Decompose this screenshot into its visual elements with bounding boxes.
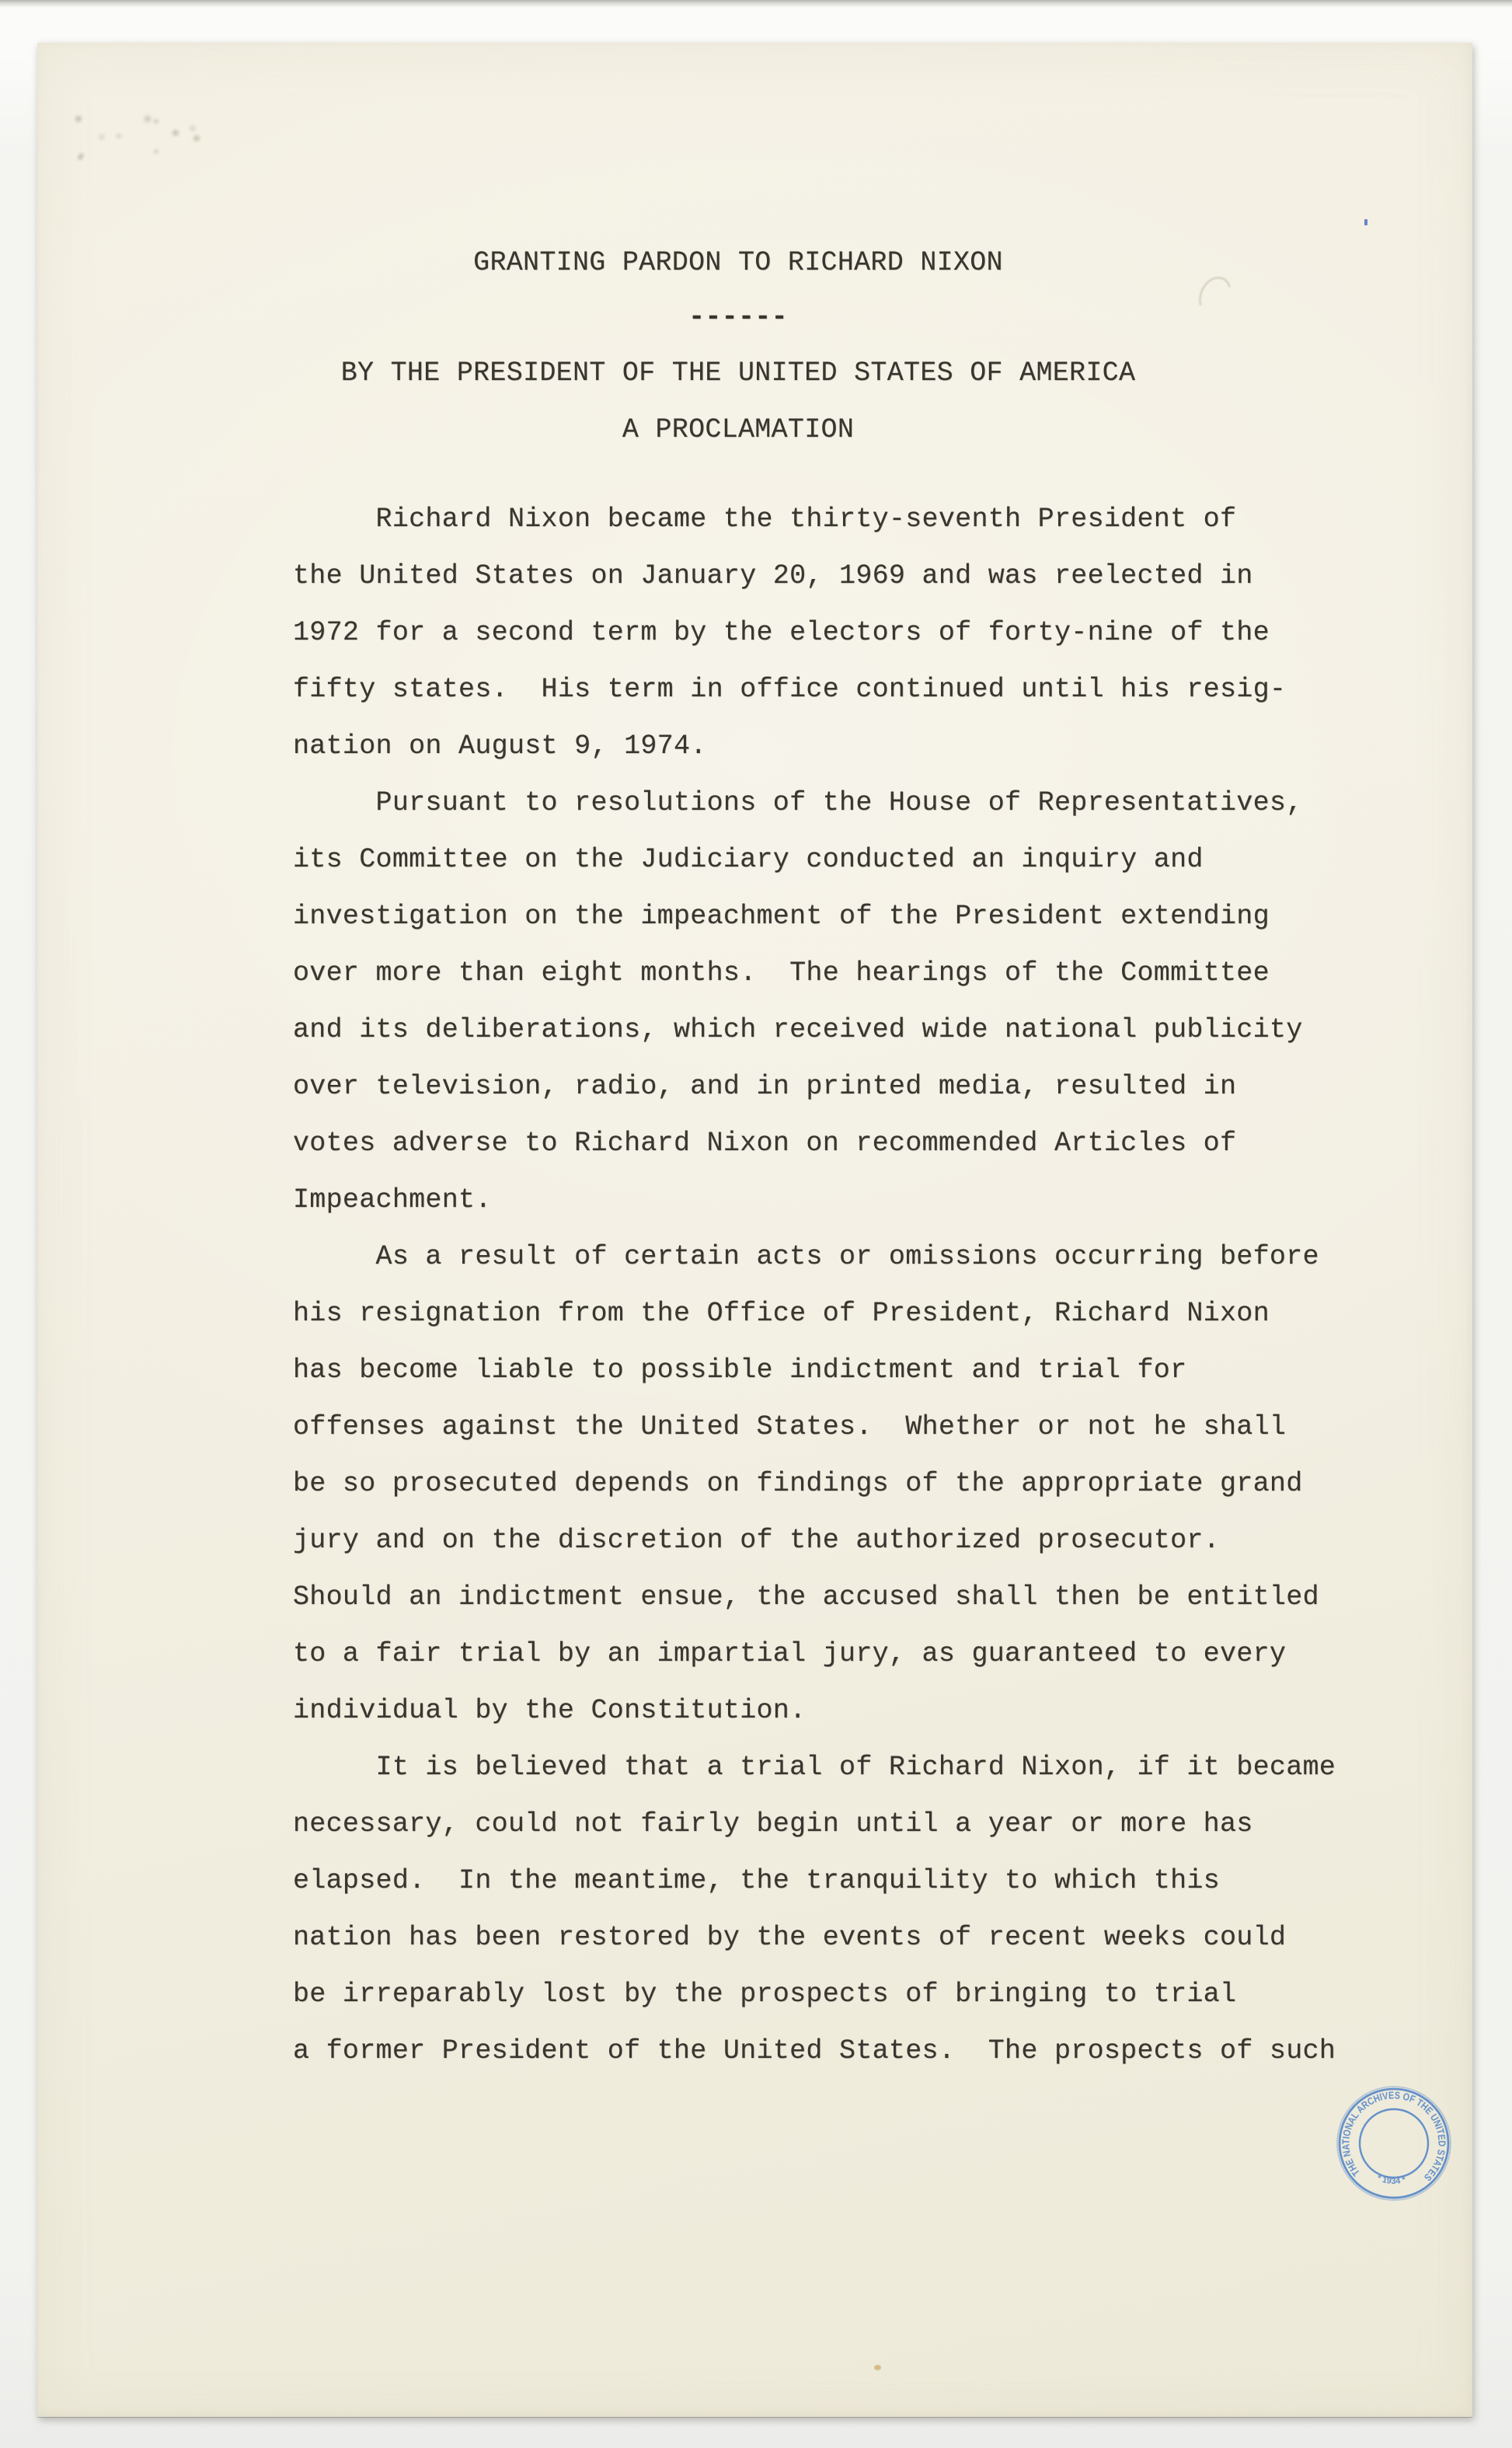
body-line: Impeachment.: [293, 1172, 1396, 1229]
body-line: be irreparably lost by the prospects of …: [293, 1966, 1396, 2023]
body-line: votes adverse to Richard Nixon on recomm…: [293, 1115, 1396, 1172]
body-line: jury and on the discretion of the author…: [293, 1512, 1396, 1569]
body-line: individual by the Constitution.: [293, 1683, 1396, 1739]
blue-ink-speck: [1364, 219, 1367, 225]
body-line: nation has been restored by the events o…: [293, 1909, 1396, 1966]
body-line: has become liable to possible indictment…: [293, 1342, 1396, 1399]
body-line: elapsed. In the meantime, the tranquilit…: [293, 1853, 1396, 1909]
document-page: GRANTING PARDON TO RICHARD NIXON ------ …: [37, 43, 1472, 2417]
document-body: Richard Nixon became the thirty-seventh …: [293, 491, 1396, 2080]
body-line: his resignation from the Office of Presi…: [293, 1285, 1396, 1342]
paper-fleck: [874, 2365, 881, 2370]
national-archives-stamp: THE NATIONAL ARCHIVES OF THE UNITED STAT…: [1319, 2069, 1468, 2218]
stamp-year-text: * 1934 *: [1375, 2173, 1408, 2187]
title-separator: ------: [37, 289, 1439, 346]
stamp-inner-circle: [1357, 2107, 1430, 2180]
proclamation-heading: A PROCLAMATION: [37, 402, 1439, 459]
body-line: to a fair trial by an impartial jury, as…: [293, 1626, 1396, 1683]
body-line: Pursuant to resolutions of the House of …: [293, 775, 1396, 832]
body-line: the United States on January 20, 1969 an…: [293, 548, 1396, 605]
body-line: Should an indictment ensue, the accused …: [293, 1569, 1396, 1626]
document-title: GRANTING PARDON TO RICHARD NIXON: [37, 235, 1439, 291]
document-subtitle: BY THE PRESIDENT OF THE UNITED STATES OF…: [37, 345, 1439, 402]
pencil-smudge-marks: [37, 43, 42, 47]
body-line: its Committee on the Judiciary conducted…: [293, 832, 1396, 888]
body-line: over television, radio, and in printed m…: [293, 1058, 1396, 1115]
body-line: It is believed that a trial of Richard N…: [293, 1739, 1396, 1796]
body-line: over more than eight months. The hearing…: [293, 945, 1396, 1002]
body-line: necessary, could not fairly begin until …: [293, 1796, 1396, 1853]
body-line: be so prosecuted depends on findings of …: [293, 1456, 1396, 1512]
body-line: As a result of certain acts or omissions…: [293, 1229, 1396, 1285]
body-line: fifty states. His term in office continu…: [293, 661, 1396, 718]
body-line: a former President of the United States.…: [293, 2023, 1396, 2080]
body-line: 1972 for a second term by the electors o…: [293, 605, 1396, 661]
body-line: nation on August 9, 1974.: [293, 718, 1396, 775]
body-line: investigation on the impeachment of the …: [293, 888, 1396, 945]
stamp-ring-text: THE NATIONAL ARCHIVES OF THE UNITED STAT…: [1337, 2086, 1451, 2185]
body-line: offenses against the United States. Whet…: [293, 1399, 1396, 1456]
body-line: and its deliberations, which received wi…: [293, 1002, 1396, 1058]
body-line: Richard Nixon became the thirty-seventh …: [293, 491, 1396, 548]
